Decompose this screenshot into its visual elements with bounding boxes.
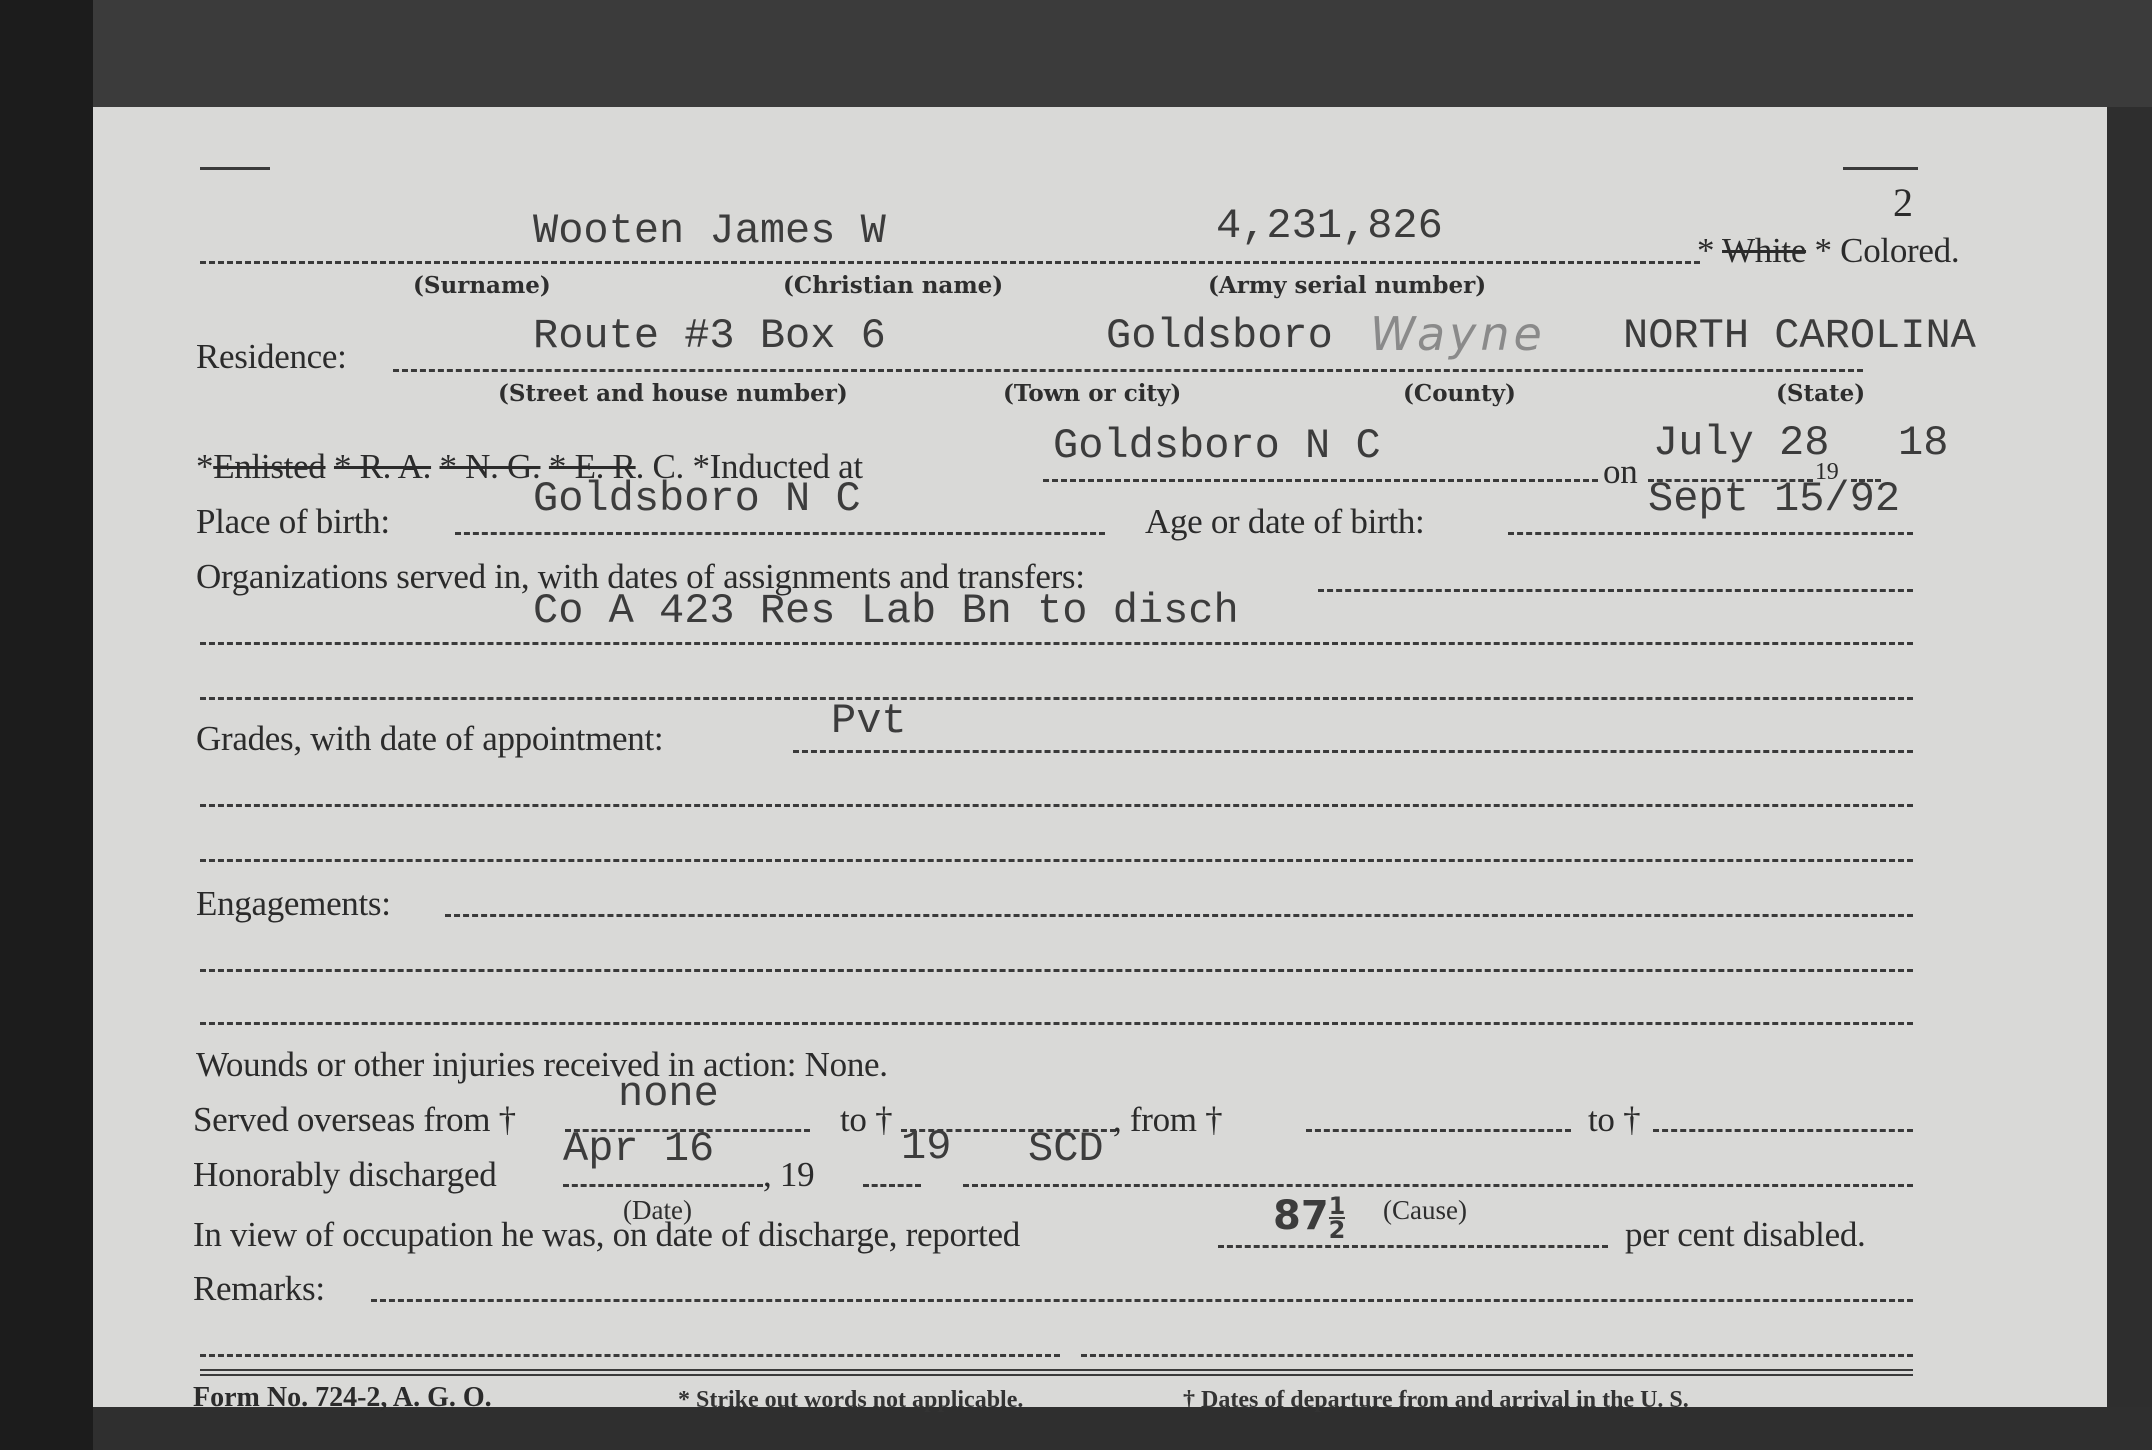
caption-town: (Town or city) xyxy=(1003,380,1181,407)
disability-suffix: per cent disabled. xyxy=(1625,1215,1865,1255)
date-of-birth-line xyxy=(1508,532,1913,535)
grades-label: Grades, with date of appointment: xyxy=(196,719,663,759)
overseas-to-label: to † xyxy=(840,1100,892,1140)
place-of-birth-line xyxy=(455,532,1105,535)
race-options: * White * Colored. xyxy=(1697,231,1959,271)
engagements-line-2 xyxy=(200,969,1913,972)
place-of-birth-label: Place of birth: xyxy=(196,502,390,542)
remarks-label: Remarks: xyxy=(193,1269,325,1309)
caption-street: (Street and house number) xyxy=(498,380,848,407)
residence-street: Route #3 Box 6 xyxy=(533,312,886,360)
top-right-rule xyxy=(1843,167,1918,170)
army-serial-number: 4,231,826 xyxy=(1216,202,1443,250)
race-white-struck: White xyxy=(1722,231,1806,270)
scan-top-background xyxy=(93,0,2152,107)
caption-surname: (Surname) xyxy=(413,272,551,299)
page-number: 2 xyxy=(1893,179,1913,226)
scan-left-border xyxy=(0,0,93,1450)
footnote-strike-out: * Strike out words not applicable. xyxy=(678,1387,1023,1414)
organizations-line-2 xyxy=(200,642,1913,645)
remarks-line-2a xyxy=(200,1354,1060,1357)
remarks-line-2b xyxy=(1081,1354,1913,1357)
inducted-date: July 28 xyxy=(1653,419,1829,467)
overseas-to2-line xyxy=(1653,1129,1913,1132)
overseas-to2-label: to † xyxy=(1588,1100,1640,1140)
race-colored: * Colored. xyxy=(1815,231,1960,270)
discharge-year-line xyxy=(863,1184,921,1187)
enlisted-struck: Enlisted xyxy=(213,447,325,486)
service-record-card: 2 Wooten James W 4,231,826 * White * Col… xyxy=(93,107,2107,1407)
residence-state: NORTH CAROLINA xyxy=(1623,312,1976,360)
caption-christian-name: (Christian name) xyxy=(783,272,1003,299)
disability-percent: 8712 xyxy=(1273,1193,1345,1241)
inducted-place-line xyxy=(1043,479,1598,482)
residence-town: Goldsboro xyxy=(1106,312,1333,360)
disability-label: In view of occupation he was, on date of… xyxy=(193,1215,1020,1255)
residence-line xyxy=(393,369,1863,372)
wounds-value: None. xyxy=(805,1045,888,1084)
caption-cause: (Cause) xyxy=(1383,1195,1467,1226)
grades-value: Pvt xyxy=(831,697,907,745)
discharge-century: , 19 xyxy=(763,1155,814,1195)
inducted-year: 18 xyxy=(1898,419,1948,467)
organizations-line-3 xyxy=(200,697,1913,700)
disability-line xyxy=(1218,1245,1608,1248)
footer-rule-2 xyxy=(200,1374,1913,1376)
caption-county: (County) xyxy=(1403,380,1516,407)
footnote-dates: † Dates of departure from and arrival in… xyxy=(1183,1387,1689,1414)
form-number: Form No. 724-2, A. G. O. xyxy=(193,1382,492,1414)
scan-right-background xyxy=(2107,107,2152,1407)
caption-state: (State) xyxy=(1776,380,1865,407)
overseas-from-value: none xyxy=(618,1070,719,1118)
engagements-label: Engagements: xyxy=(196,884,391,924)
top-left-rule xyxy=(200,167,270,170)
organizations-value: Co A 423 Res Lab Bn to disch xyxy=(533,587,1239,635)
discharge-date: Apr 16 xyxy=(563,1125,714,1173)
overseas-from2-line xyxy=(1306,1129,1571,1132)
remarks-line-1 xyxy=(371,1299,1913,1302)
organizations-line-1 xyxy=(1318,589,1913,592)
inducted-place: Goldsboro N C xyxy=(1053,422,1381,470)
caption-army-serial: (Army serial number) xyxy=(1208,272,1486,299)
place-of-birth: Goldsboro N C xyxy=(533,475,861,523)
grades-line-1 xyxy=(793,750,1913,753)
inducted-on-label: on xyxy=(1603,452,1637,492)
overseas-label: Served overseas from † xyxy=(193,1100,516,1140)
residence-label: Residence: xyxy=(196,337,347,377)
discharge-year: 19 xyxy=(901,1123,951,1171)
name-typed: Wooten James W xyxy=(533,207,886,255)
overseas-from2-label: , from † xyxy=(1113,1100,1222,1140)
engagements-line-1 xyxy=(445,914,1913,917)
discharge-label: Honorably discharged xyxy=(193,1155,496,1195)
discharge-cause: SCD xyxy=(1028,1125,1104,1173)
date-of-birth: Sept 15/92 xyxy=(1648,475,1900,523)
name-line xyxy=(200,261,1700,264)
wounds-line: Wounds or other injuries received in act… xyxy=(196,1045,888,1085)
date-of-birth-label: Age or date of birth: xyxy=(1145,502,1424,542)
residence-county-handwritten: Wayne xyxy=(1370,307,1546,361)
ng-struck: * N. G. xyxy=(440,447,541,486)
grades-line-3 xyxy=(200,859,1913,862)
ra-struck: * R. A. xyxy=(334,447,431,486)
footer-rule-1 xyxy=(200,1369,1913,1371)
discharge-cause-line xyxy=(963,1184,1913,1187)
discharge-date-line xyxy=(563,1184,763,1187)
engagements-line-3 xyxy=(200,1022,1913,1025)
grades-line-2 xyxy=(200,804,1913,807)
